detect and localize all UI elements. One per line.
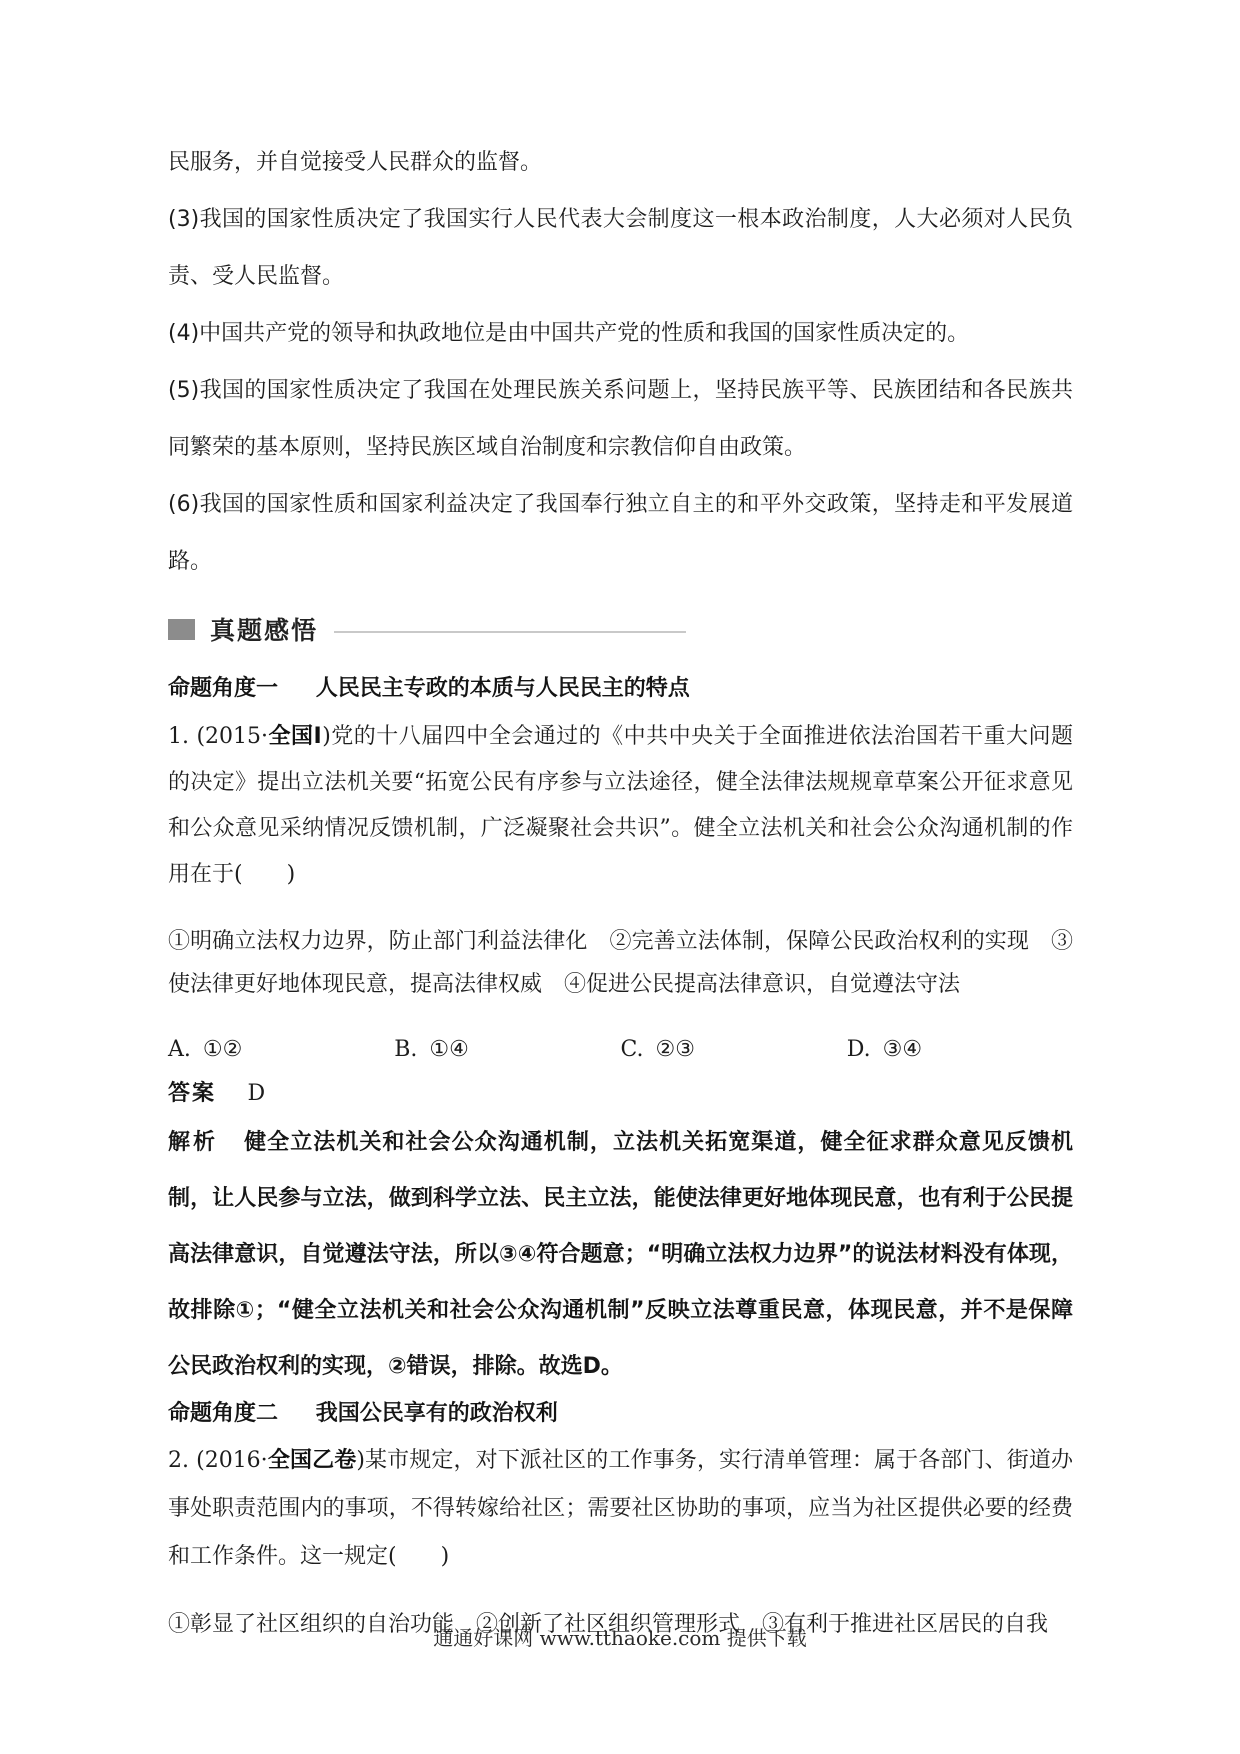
page-footer: 通通好课网 www.tthaoke.com 提供下载 — [0, 1622, 1240, 1651]
question-1-stem: 1. (2015·全国Ⅰ)党的十八届四中全会通过的《中共中央关于全面推进依法治国… — [168, 714, 1073, 898]
section-header: 真题感悟 — [168, 612, 1073, 646]
angle-heading-1: 命题角度一 人民民主专政的本质与人民民主的特点 — [168, 674, 1073, 704]
question-number: 2. (2016· — [168, 1448, 268, 1473]
choice-a: A.①② — [168, 1028, 394, 1071]
angle-label: 命题角度一 — [168, 676, 278, 701]
knowledge-points-block: 民服务，并自觉接受人民群众的监督。 (3)我国的国家性质决定了我国实行人民代表大… — [168, 134, 1073, 590]
knowledge-paragraph: (5)我国的国家性质决定了我国在处理民族关系问题上，坚持民族平等、民族团结和各民… — [168, 362, 1073, 476]
section-title: 真题感悟 — [210, 611, 318, 647]
question-1-choices: A.①② B.①④ C.②③ D.③④ — [168, 1028, 1073, 1071]
section-divider-rule — [334, 631, 686, 633]
choice-label: B. — [394, 1037, 417, 1062]
angle-title: 我国公民享有的政治权利 — [316, 1401, 558, 1426]
choice-value: ①④ — [429, 1037, 468, 1062]
choice-c: C.②③ — [621, 1028, 847, 1071]
knowledge-paragraph: (3)我国的国家性质决定了我国实行人民代表大会制度这一根本政治制度，人大必须对人… — [168, 191, 1073, 305]
choice-label: C. — [621, 1037, 644, 1062]
choice-label: A. — [168, 1037, 191, 1062]
section-square-icon — [168, 619, 195, 640]
question-number: 1. (2015· — [168, 724, 268, 749]
analysis-paragraph: 解析健全立法机关和社会公众沟通机制，立法机关拓宽渠道，健全征求群众意见反馈机制，… — [168, 1115, 1073, 1395]
choice-value: ②③ — [656, 1037, 695, 1062]
knowledge-paragraph: (4)中国共产党的领导和执政地位是由中国共产党的性质和我国的国家性质决定的。 — [168, 305, 1073, 362]
choice-b: B.①④ — [394, 1028, 620, 1071]
document-page: 民服务，并自觉接受人民群众的监督。 (3)我国的国家性质决定了我国实行人民代表大… — [0, 0, 1240, 1754]
question-source: 全国乙卷 — [268, 1448, 357, 1473]
question-source: 全国Ⅰ — [268, 724, 322, 749]
analysis-label: 解析 — [168, 1130, 218, 1155]
answer-line: 答案 D — [168, 1071, 1073, 1115]
choice-value: ①② — [203, 1037, 242, 1062]
angle-title: 人民民主专政的本质与人民民主的特点 — [316, 676, 690, 701]
choice-value: ③④ — [883, 1037, 922, 1062]
choice-d: D.③④ — [847, 1028, 1073, 1071]
knowledge-paragraph: (6)我国的国家性质和国家利益决定了我国奉行独立自主的和平外交政策，坚持走和平发… — [168, 476, 1073, 590]
question-1-statements: ①明确立法权力边界，防止部门利益法律化 ②完善立法体制，保障公民政治权利的实现 … — [168, 920, 1073, 1006]
angle-heading-2: 命题角度二 我国公民享有的政治权利 — [168, 1399, 1073, 1429]
analysis-text: 健全立法机关和社会公众沟通机制，立法机关拓宽渠道，健全征求群众意见反馈机制，让人… — [168, 1130, 1073, 1379]
answer-value: D — [248, 1081, 266, 1106]
knowledge-paragraph: 民服务，并自觉接受人民群众的监督。 — [168, 134, 1073, 191]
angle-label: 命题角度二 — [168, 1401, 278, 1426]
choice-label: D. — [847, 1037, 871, 1062]
answer-label: 答案 — [168, 1081, 216, 1106]
page-content: 民服务，并自觉接受人民群众的监督。 (3)我国的国家性质决定了我国实行人民代表大… — [168, 0, 1073, 1647]
question-2-stem: 2. (2016·全国乙卷)某市规定，对下派社区的工作事务，实行清单管理：属于各… — [168, 1437, 1073, 1581]
